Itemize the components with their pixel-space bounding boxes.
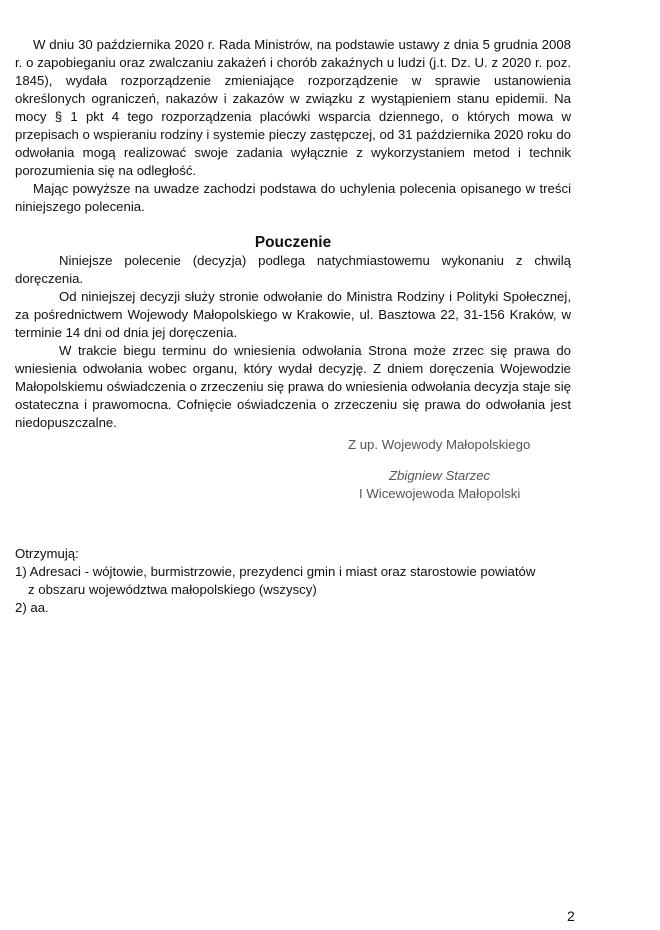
recipients-label: Otrzymują: [15,545,615,563]
paragraph-immediate-execution: Niniejsze polecenie (decyzja) podlega na… [15,252,571,288]
recipients-list: Otrzymują: 1) Adresaci - wójtowie, burmi… [15,545,615,617]
instruction-heading: Pouczenie [15,234,571,252]
signature-authority: Z up. Wojewody Małopolskiego [348,436,530,454]
signatory-name: Zbigniew Starzec [389,467,490,485]
paragraph-regulation-background: W dniu 30 października 2020 r. Rada Mini… [15,36,571,180]
paragraph-grounds-for-revocation: Mając powyższe na uwadze zachodzi podsta… [15,180,571,216]
recipient-item-1-continuation: z obszaru województwa małopolskiego (wsz… [15,581,615,599]
paragraph-waiver-of-appeal: W trakcie biegu terminu do wniesienia od… [15,342,571,432]
paragraph-appeal-rights: Od niniejszej decyzji służy stronie odwo… [15,288,571,342]
document-body: W dniu 30 października 2020 r. Rada Mini… [15,36,571,432]
page-number: 2 [567,908,575,924]
recipient-item-2: 2) aa. [15,599,615,617]
recipient-item-1: 1) Adresaci - wójtowie, burmistrzowie, p… [15,563,615,581]
signatory-title: I Wicewojewoda Małopolski [359,485,520,503]
